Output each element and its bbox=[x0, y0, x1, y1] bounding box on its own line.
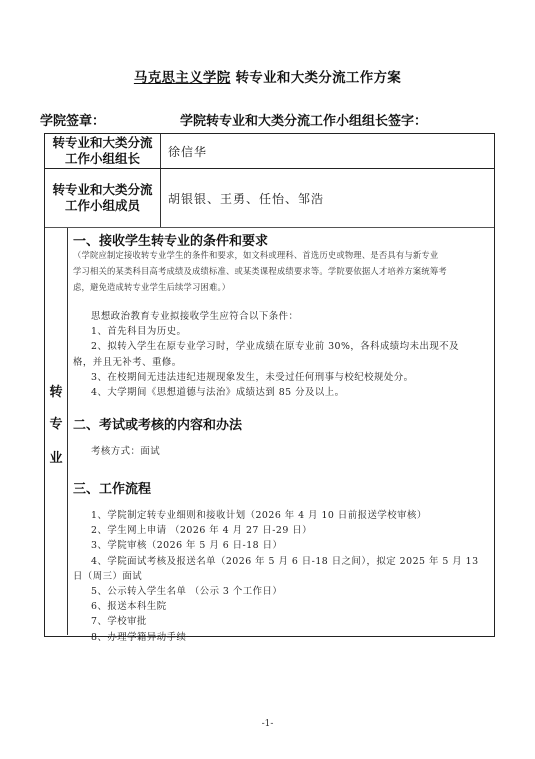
college-name: 马克思主义学院 bbox=[134, 70, 231, 86]
workflow-step: 5、公示转入学生名单 （公示 3 个工作日） bbox=[73, 584, 494, 599]
conditions-intro: 思想政治教育专业拟接收学生应符合以下条件： bbox=[73, 309, 494, 324]
assessment-method: 考核方式：面试 bbox=[73, 444, 494, 459]
workflow-step: 日（周三）面试 bbox=[73, 569, 494, 584]
members-row: 转专业和大类分流工作小组成员 胡银银、王勇、任怡、邹浩 bbox=[45, 169, 494, 228]
side-char-1: 转 bbox=[45, 381, 67, 400]
conditions-block: 思想政治教育专业拟接收学生应符合以下条件： 1、首先科目为历史。 2、拟转入学生… bbox=[73, 309, 494, 400]
workflow-step: 1、学院制定转专业细则和接收计划（2026 年 4 月 10 日前报送学校审核） bbox=[73, 508, 494, 523]
workflow-step: 3、学院审核（2026 年 5 月 6 日-18 日） bbox=[73, 538, 494, 553]
workflow-steps: 1、学院制定转专业细则和接收计划（2026 年 4 月 10 日前报送学校审核）… bbox=[73, 508, 494, 645]
leader-signature-label: 学院转专业和大类分流工作小组组长签字： bbox=[180, 110, 427, 129]
section3-heading: 三、工作流程 bbox=[73, 478, 151, 497]
workflow-step: 8、办理学籍异动手续 bbox=[73, 630, 494, 645]
college-seal-label: 学院签章： bbox=[40, 110, 105, 129]
side-label: 转 专 业 bbox=[45, 228, 68, 635]
leader-label: 转专业和大类分流工作小组组长 bbox=[45, 134, 161, 168]
plan-table: 转专业和大类分流工作小组组长 徐信华 转专业和大类分流工作小组成员 胡银银、王勇… bbox=[44, 133, 495, 637]
condition-item: 4、大学期间《思想道德与法治》成绩达到 85 分及以上。 bbox=[73, 385, 494, 400]
members-value: 胡银银、王勇、任怡、邹浩 bbox=[168, 169, 324, 227]
note-line: （学院应制定接收转专业学生的条件和要求，如文科或理科、首选历史或物理、是否具有与… bbox=[73, 247, 493, 263]
condition-item: 3、在校期间无违法违纪违规现象发生，未受过任何刑事与校纪校规处分。 bbox=[73, 370, 494, 385]
leader-row: 转专业和大类分流工作小组组长 徐信华 bbox=[45, 134, 494, 169]
document-title: 马克思主义学院 转专业和大类分流工作方案 bbox=[0, 66, 535, 86]
workflow-step: 4、学院面试考核及报送名单（2026 年 5 月 6 日-18 日之间），拟定 … bbox=[73, 554, 494, 569]
workflow-step: 7、学校审批 bbox=[73, 614, 494, 629]
section2-text-block: 考核方式：面试 bbox=[73, 444, 494, 459]
note-line: 虑，避免造成转专业学生后续学习困难。） bbox=[73, 279, 493, 295]
condition-item: 2、拟转入学生在原专业学习时，学业成绩在原专业前 30%，各科成绩均未出现不及 bbox=[73, 339, 494, 354]
section2-heading: 二、考试或考核的内容和办法 bbox=[73, 414, 242, 433]
condition-item: 1、首先科目为历史。 bbox=[73, 324, 494, 339]
note-line: 学习相关的某类科目高考成绩及成绩标准、或某类课程成绩要求等。学院要依据人才培养方… bbox=[73, 263, 493, 279]
leader-value: 徐信华 bbox=[168, 134, 207, 168]
condition-item: 格，并且无补考、重修。 bbox=[73, 355, 494, 370]
members-label: 转专业和大类分流工作小组成员 bbox=[45, 169, 161, 227]
side-char-3: 业 bbox=[45, 447, 67, 466]
title-text: 转专业和大类分流工作方案 bbox=[236, 70, 402, 86]
section1-note: （学院应制定接收转专业学生的条件和要求，如文科或理科、首选历史或物理、是否具有与… bbox=[73, 247, 493, 295]
workflow-step: 2、学生网上申请 （2026 年 4 月 27 日-29 日） bbox=[73, 523, 494, 538]
transfer-section: 转 专 业 一、接收学生转专业的条件和要求 （学院应制定接收转专业学生的条件和要… bbox=[45, 228, 494, 635]
workflow-step: 6、报送本科生院 bbox=[73, 599, 494, 614]
page-number: -1- bbox=[0, 719, 535, 729]
side-char-2: 专 bbox=[45, 413, 67, 432]
